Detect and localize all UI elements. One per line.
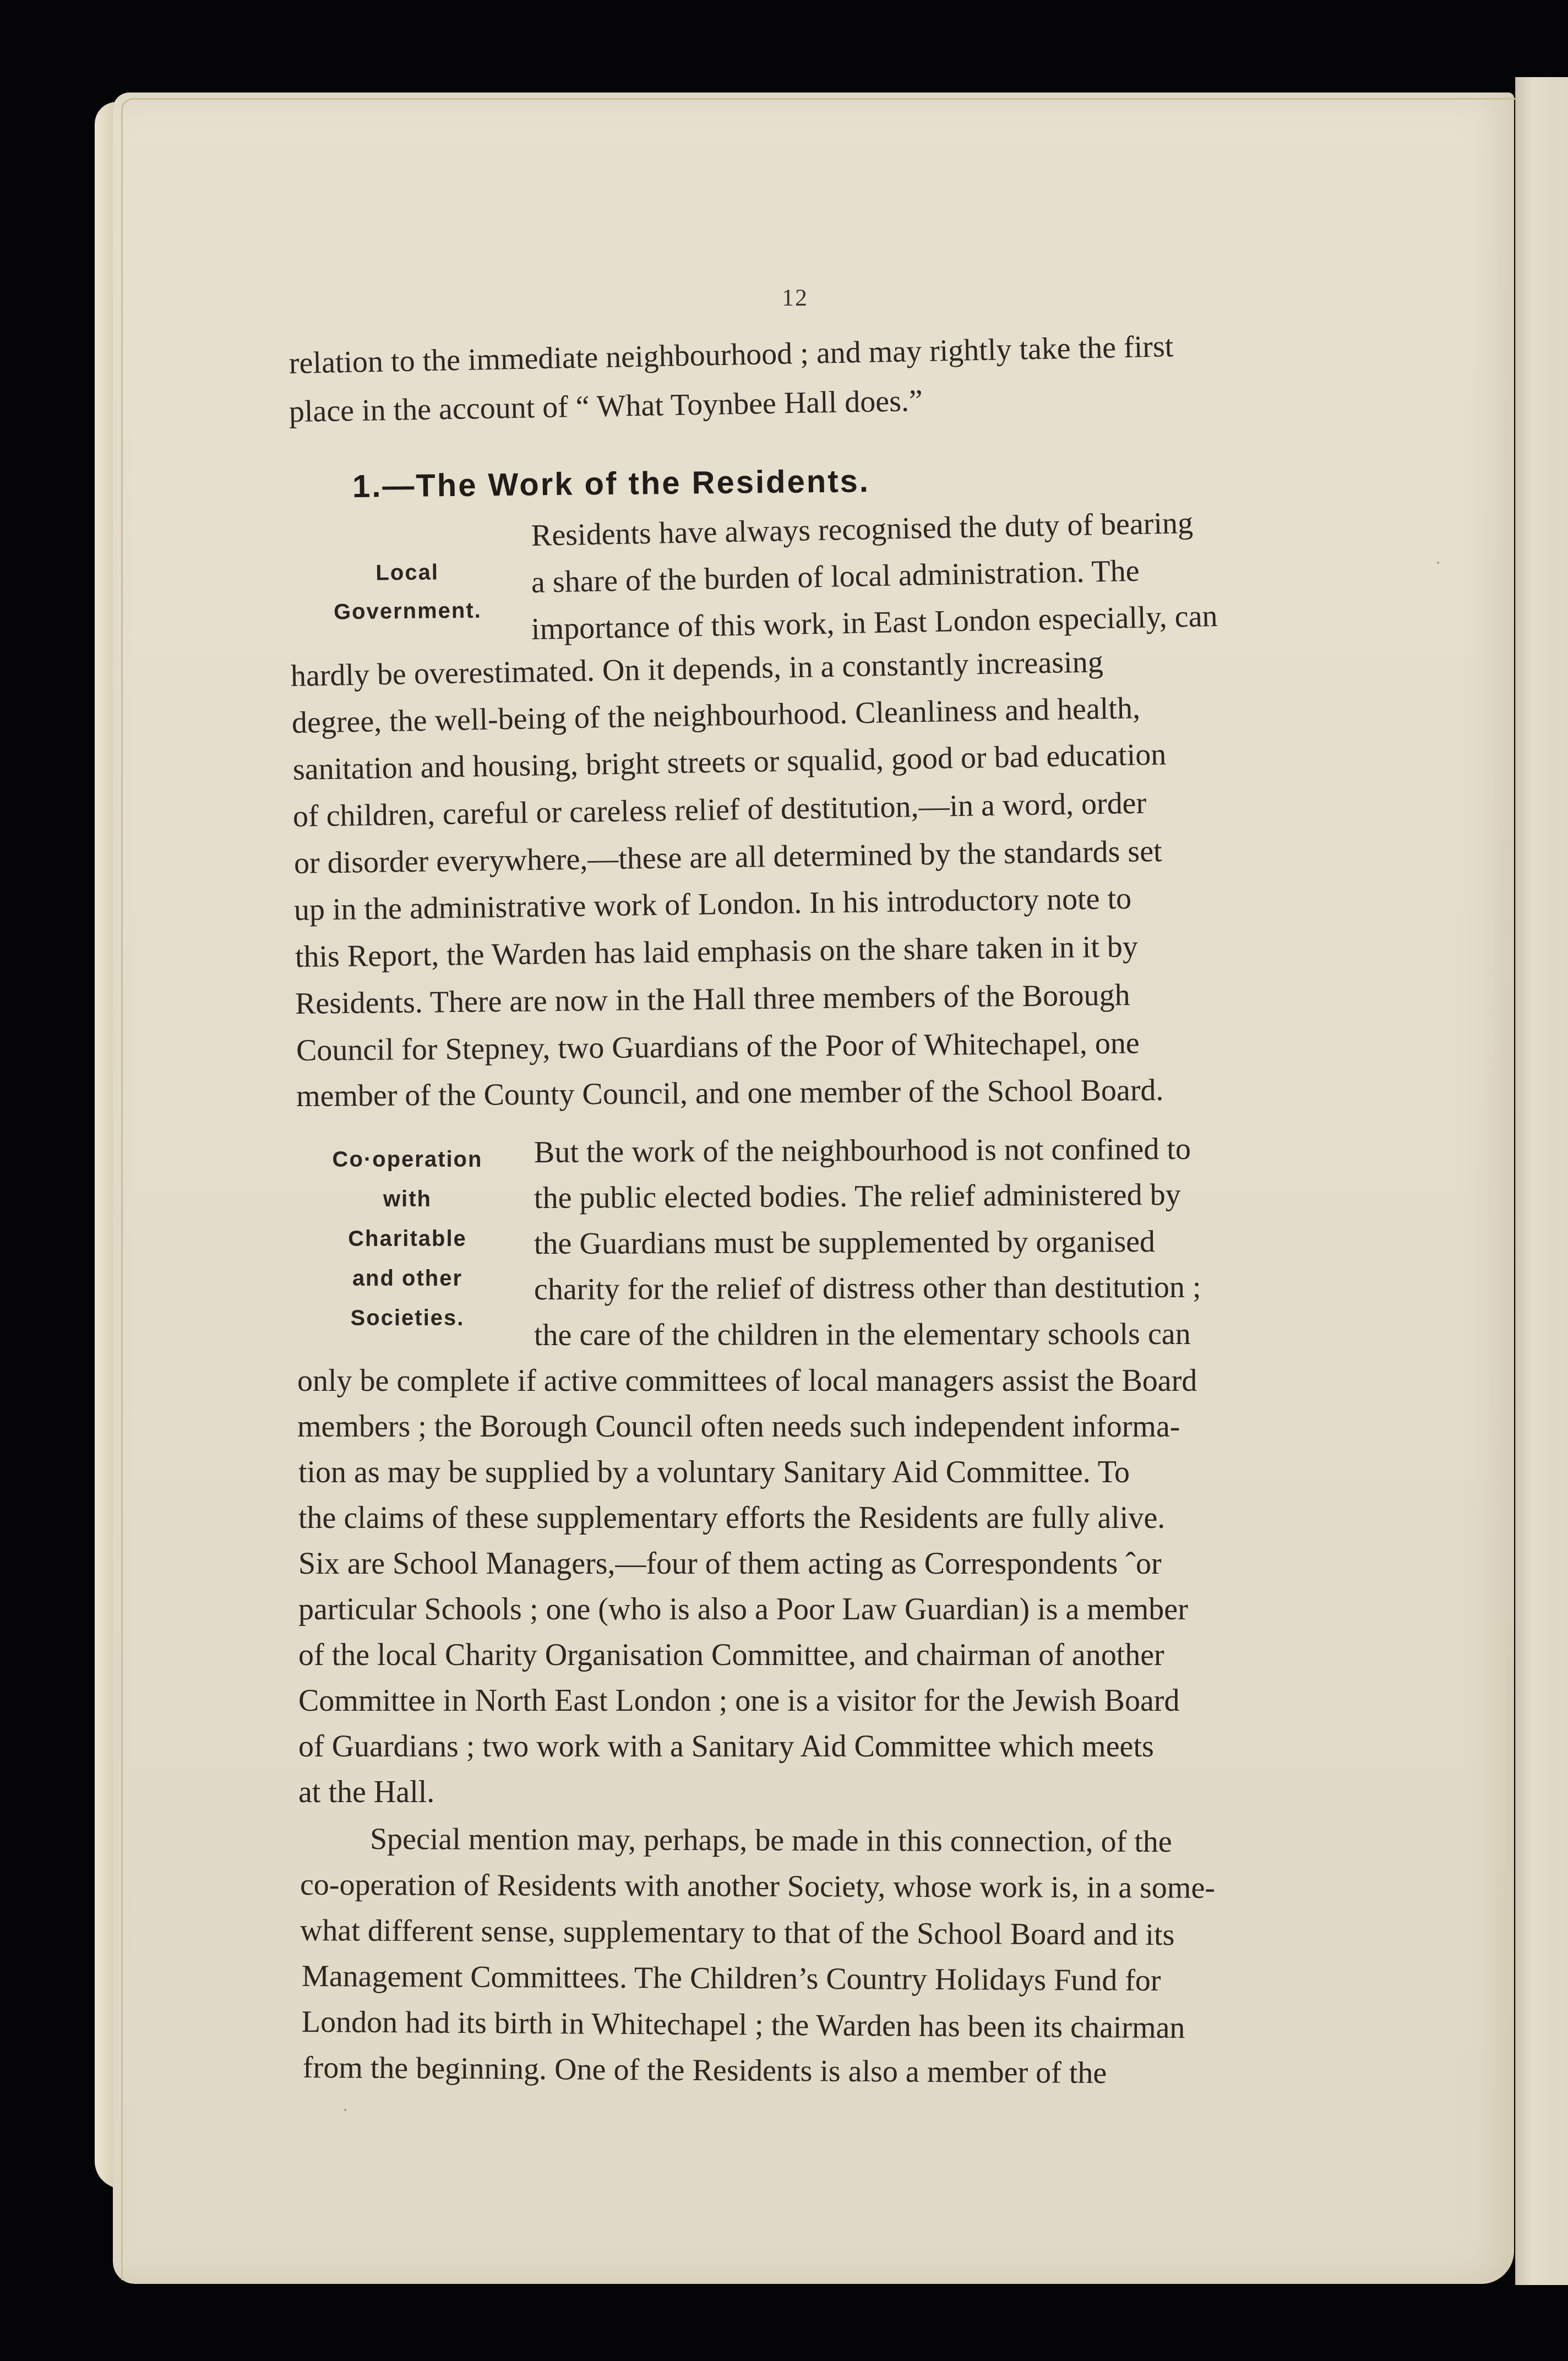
para-line: only be complete if active committees of… (297, 1366, 1197, 1396)
para-line: Six are School Managers,—four of them ac… (298, 1548, 1162, 1579)
para-line: the Guardians must be supplemented by or… (534, 1226, 1155, 1259)
paper-speck (297, 673, 300, 675)
para-line: from the beginning. One of the Residents… (303, 2052, 1107, 2088)
sidenote-line: with (308, 1179, 507, 1219)
section-heading: 1.—The Work of the Residents. (352, 463, 870, 505)
para-line: at the Hall. (298, 1777, 434, 1808)
para-line: the claims of these supplementary effort… (298, 1503, 1165, 1533)
sidenote-line: and other (308, 1259, 507, 1298)
para-line: hardly be overestimated. On it depends, … (291, 646, 1104, 692)
para-line: Committee in North East London ; one is … (298, 1685, 1179, 1716)
sidenote-line: Societies. (308, 1298, 507, 1338)
sidenote-line: Charitable (308, 1219, 507, 1259)
para-line: or disorder everywhere,—these are all de… (294, 836, 1162, 879)
para-line: of the local Charity Organisation Commit… (298, 1640, 1164, 1671)
para-line: But the work of the neighbourhood is not… (534, 1134, 1191, 1168)
para-line: Residents have always recognised the dut… (531, 508, 1193, 551)
intro-line: relation to the immediate neighbourhood … (288, 328, 1324, 379)
para-line: sanitation and housing, bright streets o… (293, 739, 1167, 785)
para-line: the care of the children in the elementa… (534, 1319, 1191, 1351)
para-line: particular Schools ; one (who is also a … (298, 1594, 1188, 1625)
para-line: Management Committees. The Children’s Co… (302, 1961, 1161, 1996)
para-line: Council for Stepney, two Guardians of th… (296, 1028, 1140, 1066)
para-line: a share of the burden of local administr… (531, 556, 1139, 598)
para-line: degree, the well-being of the neighbourh… (292, 693, 1141, 738)
paper-speck (344, 2109, 346, 2111)
page-number: 12 (782, 284, 808, 312)
para-line: charity for the relief of distress other… (534, 1272, 1201, 1305)
para-line: this Report, the Warden has laid emphasi… (295, 931, 1139, 972)
sidenote-line: Local (308, 552, 507, 593)
sidenote-local-government: Local Government. (308, 552, 507, 632)
sidenote-cooperation: Co·operation with Charitable and other S… (308, 1140, 507, 1338)
para-line: up in the administrative work of London.… (294, 883, 1132, 926)
para-line: of children, careful or careless relief … (293, 788, 1147, 832)
para-line: Special mention may, perhaps, be made in… (370, 1824, 1172, 1857)
para-line: London had its birth in Whitechapel ; th… (302, 2006, 1185, 2043)
sidenote-line: Co·operation (308, 1140, 507, 1179)
para-line: co-operation of Residents with another S… (300, 1869, 1215, 1903)
para-line: tion as may be supplied by a voluntary S… (298, 1457, 1130, 1488)
page-text: 12 relation to the immediate neighbourho… (0, 0, 1568, 2361)
sidenote-line: Government. (308, 591, 507, 632)
intro-line: place in the account of “ What Toynbee H… (289, 385, 923, 427)
paper-speck (1437, 562, 1439, 564)
para-line: the public elected bodies. The relief ad… (534, 1179, 1181, 1214)
para-line: Residents. There are now in the Hall thr… (295, 980, 1130, 1019)
para-line: member of the County Council, and one me… (296, 1075, 1164, 1112)
para-line: what different sense, supplementary to t… (300, 1915, 1175, 1950)
para-line: members ; the Borough Council often need… (297, 1411, 1180, 1442)
para-line: importance of this work, in East London … (531, 601, 1218, 645)
para-line: of Guardians ; two work with a Sanitary … (298, 1731, 1154, 1762)
